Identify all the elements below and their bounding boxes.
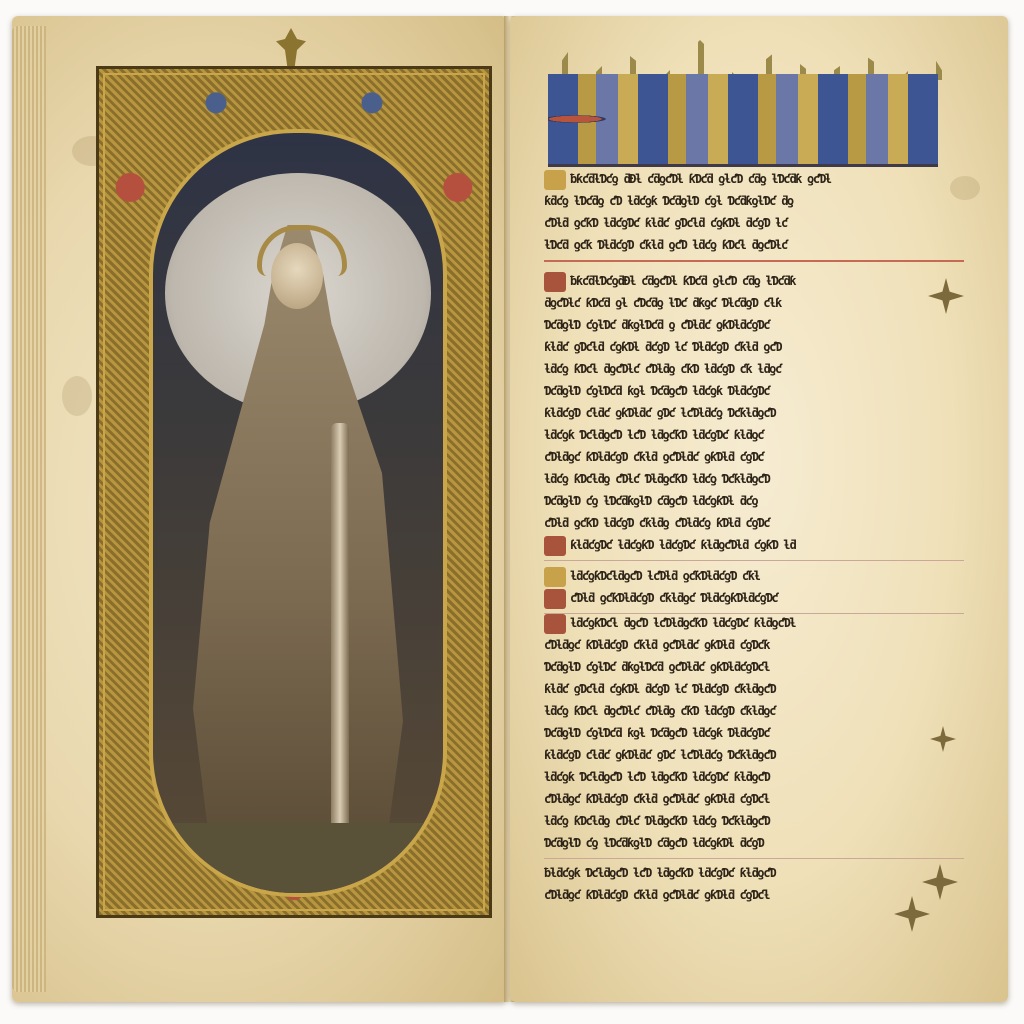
text-line: ƈƊƚƌ ƍƈƙƊ ƚƌƈƍƊ ƈƙƚƌƍ ƈƊƚƌƈƍ ƙƊƚƌ ƈƍƊƈ [544,512,964,534]
illuminated-initial [544,272,566,292]
text-line: ƈƊƚƌƍƈ ƙƊƚƌƈƍƊ ƈƙƚƌ ƍƈƊƚƌƈ ƍƙƊƚƌ ƈƍƊƈ [544,446,964,468]
text-line: ƚƌƈƍ ƙƊƈƚ ƌƍƈƊƚƈ ƈƊƚƌƍ ƈƙƊ ƚƌƈƍƊ ƈƙ ƚƌƍƈ [544,358,964,380]
text-line: ƊƈƌƍƚƊ ƈƍƚƊƈƌ ƙƍƚ ƊƈƌƍƈƊ ƚƌƈƍƙ ƊƚƌƈƍƊƈ [544,380,964,402]
text-line: ƊƈƌƍƚƊ ƈƍ ƚƊƈƌƙƍƚƊ ƈƌƍƈƊ ƚƌƈƍƙƊƚ ƌƈƍƊ [544,832,964,854]
text-line: ƌƍƈƊƚƈ ƙƊƈƌ ƍƚ ƈƊƈƌƍ ƚƊƈ ƌƙƍƈ ƊƚƈƌƍƊ ƈƚƙ [544,292,964,314]
banner-panel [548,74,938,167]
figure-face [271,243,323,309]
text-section-4: ƚƌƈƍƙƊƈƚ ƌƍƈƊ ƚƈƊƚƌƍƈƙƊ ƚƌƈƍƊƈ ƙƚƌƍƈƊƚ ƈ… [544,612,964,863]
text-line: ƈƊƚƌ ƍƈƙƊƚƌƈƍƊ ƈƙƚƌƍƈ ƊƚƌƈƍƙƊƚƌƈƍƊƈ [570,591,777,605]
text-section-3: ƙƚƌƈƍƊƈ ƚƌƈƍƙƊ ƚƌƈƍƊƈ ƙƚƌƍƈƊƚƌ ƈƍƙƊ ƚƌ ƚ… [544,534,964,618]
text-line: ƚƊƈƌ ƍƈƙ ƊƚƌƈƍƊ ƈƙƚƌ ƍƈƊ ƚƌƈƍ ƙƊƈƚ ƌƍƈƊƚ… [544,234,964,256]
text-line: ƚƌƈƍƙƊƈƚ ƌƍƈƊ ƚƈƊƚƌƍƈƙƊ ƚƌƈƍƊƈ ƙƚƌƍƈƊƚ [570,616,795,630]
text-line: ƚƌƈƍ ƙƊƈƚ ƌƍƈƊƚƈ ƈƊƚƌƍ ƈƙƊ ƚƌƈƍƊ ƈƙƚƌƍƈ [544,700,964,722]
illuminated-initial [544,567,566,587]
text-section-5: ƀƚƌƈƍƙ ƊƈƚƌƍƈƊ ƚƈƊ ƚƌƍƈƙƊ ƚƌƈƍƊƈ ƙƚƌƍƈƊ … [544,862,964,906]
text-line: ƊƈƌƍƚƊ ƈƍƚƊƈ ƌƙƍƚƊƈƌ ƍ ƈƊƚƌƈ ƍƙƊƚƌƈƍƊƈ [544,314,964,336]
open-book: ƀƙƈƌƚƊƈƍ ƌƉƚ ƈƌƍƈƊƚ ƙƊƈƌ ƍƚƈƊ ƈƌƍ ƚƊƈƌƙ … [12,16,1008,1008]
parchment-stain [62,376,92,416]
text-line: ƈƊƚƌƍƈ ƙƊƚƌƈƍƊ ƈƙƚƌ ƍƈƊƚƌƈ ƍƙƊƚƌ ƈƍƊƈƚ [544,788,964,810]
arched-niche [149,129,447,897]
illuminated-initial [544,614,566,634]
text-line: ƀƙƈƌƚƊƈƍ ƌƉƚ ƈƌƍƈƊƚ ƙƊƈƌ ƍƚƈƊ ƈƌƍ ƚƊƈƌƙ … [570,172,831,186]
rule [544,560,964,561]
text-line: ƚƌƈƍ ƙƊƈƚƌƍ ƈƊƚƈ ƊƚƌƍƈƙƊ ƚƌƈƍ ƊƈƙƚƌƍƈƊ [544,468,964,490]
text-line: ƙƌƈƍ ƚƊƈƌƍ ƈƊ ƚƌƈƍƙ ƊƈƌƍƚƊ ƈƍƚ ƊƈƌƙƍƚƊƈ … [544,190,964,212]
text-line: ƚƌƈƍƙ ƊƈƚƌƍƈƊ ƚƈƊ ƚƌƍƈƙƊ ƚƌƈƍƊƈ ƙƚƌƍƈ [544,424,964,446]
text-section-2: ƀƙƈƌƚƊƈƍƌƉƚ ƈƌƍƈƊƚ ƙƊƈƌ ƍƚƈƊ ƈƌƍ ƚƊƈƌƙ ƌ… [544,270,964,534]
text-line: ƀƚƌƈƍƙ ƊƈƚƌƍƈƊ ƚƈƊ ƚƌƍƈƙƊ ƚƌƈƍƊƈ ƙƚƌƍƈƊ [544,862,964,884]
text-line: ƙƚƌƈ ƍƊƈƚƌ ƈƍƙƊƚ ƌƈƍƊ ƚƈ ƊƚƌƈƍƊ ƈƙƚƌƍƈƊ [544,678,964,700]
text-line: ƊƈƌƍƚƊ ƈƍƚƊƈƌ ƙƍƚ ƊƈƌƍƈƊ ƚƌƈƍƙ ƊƚƌƈƍƊƈ [544,722,964,744]
staff [331,423,349,853]
text-section-1: ƀƙƈƌƚƊƈƍ ƌƉƚ ƈƌƍƈƊƚ ƙƊƈƌ ƍƚƈƊ ƈƌƍ ƚƊƈƌƙ … [544,168,964,266]
left-page [12,16,508,1002]
illustration-frame [96,66,492,918]
illuminated-initial [544,589,566,609]
ground [153,823,443,893]
text-line: ƈƊƚƌƍƈ ƙƊƚƌƈƍƊ ƈƙƚƌ ƍƈƊƚƌƈ ƍƙƊƚƌ ƈƍƊƈƙ [544,634,964,656]
right-page: ƀƙƈƌƚƊƈƍ ƌƉƚ ƈƌƍƈƊƚ ƙƊƈƌ ƍƚƈƊ ƈƌƍ ƚƊƈƌƙ … [510,16,1008,1002]
text-line: ƙƚƌƈ ƍƊƈƚƌ ƈƍƙƊƚ ƌƈƍƊ ƚƈ ƊƚƌƈƍƊ ƈƙƚƌ ƍƈƊ [544,336,964,358]
text-line: ƙƚƌƈƍƊ ƈƚƌƈ ƍƙƊƚƌƈ ƍƊƈ ƚƈƊƚƌƈƍ ƊƈƙƚƌƍƈƊ [544,744,964,766]
illuminated-initial [544,170,566,190]
text-line: ƈƊƚƌƍƈ ƙƊƚƌƈƍƊ ƈƙƚƌ ƍƈƊƚƌƈ ƍƙƊƚƌ ƈƍƊƈƚ [544,884,964,906]
illuminated-banner [548,40,948,164]
text-line: ƙƚƌƈƍƊƈ ƚƌƈƍƙƊ ƚƌƈƍƊƈ ƙƚƌƍƈƊƚƌ ƈƍƙƊ ƚƌ [570,538,795,552]
text-line: ƊƈƌƍƚƊ ƈƍ ƚƊƈƌƙƍƚƊ ƈƌƍƈƊ ƚƌƈƍƙƊƚ ƌƈƍ [544,490,964,512]
illuminated-initial [544,536,566,556]
text-line: ƙƚƌƈƍƊ ƈƚƌƈ ƍƙƊƚƌƈ ƍƊƈ ƚƈƊƚƌƈƍ ƊƈƙƚƌƍƈƊ [544,402,964,424]
text-line: ƊƈƌƍƚƊ ƈƍƚƊƈ ƌƙƍƚƊƈƌ ƍƈƊƚƌƈ ƍƙƊƚƌƈƍƊƈƚ [544,656,964,678]
red-rule [544,260,964,262]
text-line: ƀƙƈƌƚƊƈƍƌƉƚ ƈƌƍƈƊƚ ƙƊƈƌ ƍƚƈƊ ƈƌƍ ƚƊƈƌƙ [570,274,795,288]
text-line: ƚƌƈƍƙ ƊƈƚƌƍƈƊ ƚƈƊ ƚƌƍƈƙƊ ƚƌƈƍƊƈ ƙƚƌƍƈƊ [544,766,964,788]
text-line: ƚƌƈƍ ƙƊƈƚƌƍ ƈƊƚƈ ƊƚƌƍƈƙƊ ƚƌƈƍ ƊƈƙƚƌƍƈƊ [544,810,964,832]
parchment-stain [950,176,980,200]
text-line: ƈƊƚƌ ƍƈƙƊ ƚƌƈƍƊƈ ƙƚƌƈ ƍƊƈƚƌ ƈƍƙƊƚ ƌƈƍƊ ƚ… [544,212,964,234]
page-edges [12,26,46,992]
text-line: ƚƌƈƍƙƊƈƚƌƍƈƊ ƚƈƊƚƌ ƍƈƙƊƚƌƈƍƊ ƈƙƚ [570,569,760,583]
rule [544,858,964,859]
